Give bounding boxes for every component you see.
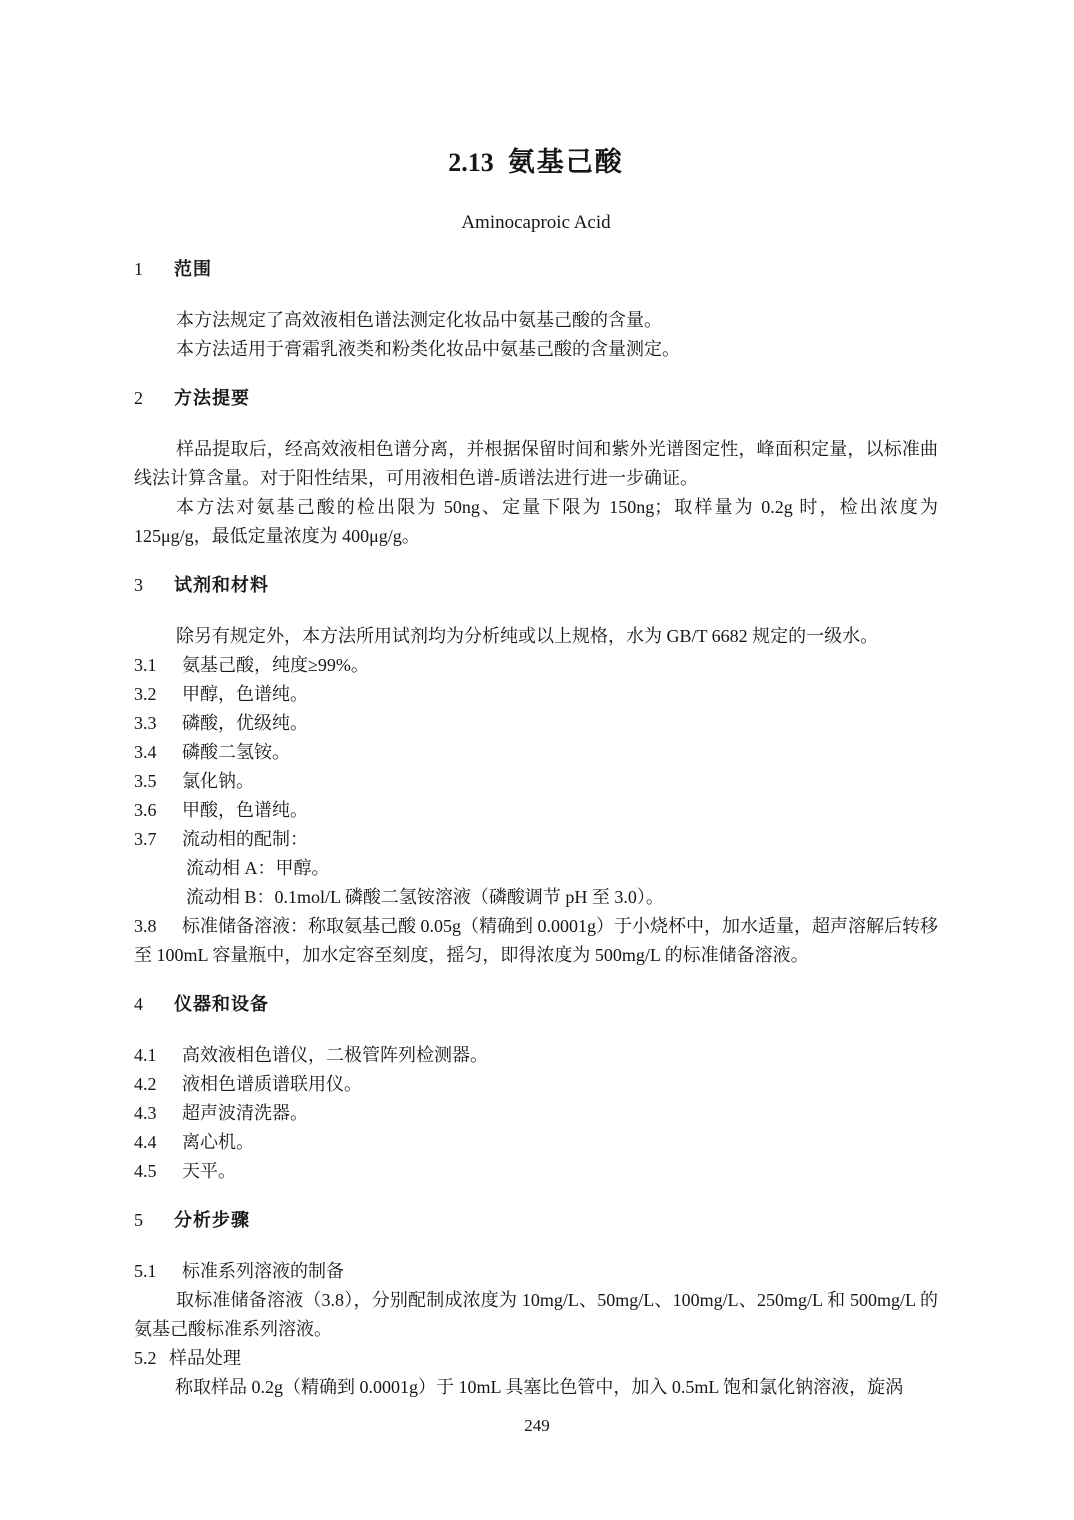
step-item-5-1-number: 5.1 [134, 1257, 182, 1286]
section-1-heading: 1范围 [134, 255, 938, 284]
reagent-item-3-5: 3.5氯化钠。 [134, 767, 938, 796]
equipment-item-4-2-text: 液相色谱质谱联用仪。 [182, 1074, 362, 1094]
equipment-item-4-5-number: 4.5 [134, 1157, 182, 1186]
section-2-paragraph-2: 本方法对氨基己酸的检出限为 50ng、定量下限为 150ng；取样量为 0.2g… [134, 493, 938, 551]
equipment-item-4-2: 4.2液相色谱质谱联用仪。 [134, 1070, 938, 1099]
equipment-item-4-1-text: 高效液相色谱仪，二极管阵列检测器。 [182, 1045, 488, 1065]
reagent-item-3-1-text: 氨基己酸，纯度≥99%。 [182, 655, 369, 675]
step-5-1-paragraph: 取标准储备溶液（3.8），分别配制成浓度为 10mg/L、50mg/L、100m… [134, 1286, 938, 1344]
equipment-item-4-5: 4.5天平。 [134, 1157, 938, 1186]
reagent-item-3-2: 3.2甲醇，色谱纯。 [134, 680, 938, 709]
reagent-item-3-7-text: 流动相的配制： [182, 829, 308, 849]
section-2-paragraph-1: 样品提取后，经高效液相色谱分离，并根据保留时间和紫外光谱图定性，峰面积定量，以标… [134, 435, 938, 493]
section-2-heading: 2方法提要 [134, 384, 938, 413]
section-3-title: 试剂和材料 [174, 575, 269, 595]
reagent-item-3-7-number: 3.7 [134, 825, 182, 854]
reagent-item-3-6: 3.6甲酸，色谱纯。 [134, 796, 938, 825]
equipment-item-4-3-number: 4.3 [134, 1099, 182, 1128]
section-1-paragraph-2: 本方法适用于膏霜乳液类和粉类化妆品中氨基己酸的含量测定。 [134, 335, 938, 364]
reagent-item-3-6-number: 3.6 [134, 796, 182, 825]
reagent-item-3-5-number: 3.5 [134, 767, 182, 796]
section-2-number: 2 [134, 384, 174, 413]
reagent-item-3-3-number: 3.3 [134, 709, 182, 738]
reagent-item-3-7: 3.7流动相的配制： [134, 825, 938, 854]
mobile-phase-a-line: 流动相 A：甲醇。 [134, 854, 938, 883]
section-5-number: 5 [134, 1206, 174, 1235]
step-item-5-1-text: 标准系列溶液的制备 [182, 1261, 344, 1281]
reagent-item-3-5-text: 氯化钠。 [182, 771, 254, 791]
equipment-item-4-3: 4.3超声波清洗器。 [134, 1099, 938, 1128]
section-3-number: 3 [134, 571, 174, 600]
step-item-5-1: 5.1标准系列溶液的制备 [134, 1257, 938, 1286]
document-page: 2.13氨基己酸 Aminocaproic Acid 1范围 本方法规定了高效液… [0, 0, 1074, 1520]
section-1-title: 范围 [174, 259, 212, 279]
equipment-item-4-4-number: 4.4 [134, 1128, 182, 1157]
step-item-5-2-text: 样品处理 [169, 1348, 241, 1368]
equipment-item-4-2-number: 4.2 [134, 1070, 182, 1099]
reagent-item-3-8: 3.8标准储备溶液：称取氨基己酸 0.05g（精确到 0.0001g）于小烧杯中… [134, 912, 938, 970]
reagent-item-3-2-text: 甲醇，色谱纯。 [182, 684, 308, 704]
section-2-title: 方法提要 [174, 388, 250, 408]
reagent-item-3-3-text: 磷酸，优级纯。 [182, 713, 308, 733]
section-5-heading: 5分析步骤 [134, 1206, 938, 1235]
reagent-item-3-8-number: 3.8 [134, 912, 182, 941]
mobile-phase-b-line: 流动相 B：0.1mol/L 磷酸二氢铵溶液（磷酸调节 pH 至 3.0）。 [134, 883, 938, 912]
reagent-item-3-4: 3.4磷酸二氢铵。 [134, 738, 938, 767]
reagent-item-3-6-text: 甲酸，色谱纯。 [182, 800, 308, 820]
reagent-item-3-2-number: 3.2 [134, 680, 182, 709]
equipment-item-4-4-text: 离心机。 [182, 1132, 254, 1152]
reagent-item-3-3: 3.3磷酸，优级纯。 [134, 709, 938, 738]
reagent-item-3-1-number: 3.1 [134, 651, 182, 680]
section-4-number: 4 [134, 990, 174, 1019]
document-title-number: 2.13 [448, 148, 494, 177]
section-1-number: 1 [134, 255, 174, 284]
reagent-item-3-8-text: 标准储备溶液：称取氨基己酸 0.05g（精确到 0.0001g）于小烧杯中，加水… [134, 916, 938, 965]
step-item-5-2-number: 5.2 [134, 1344, 169, 1373]
section-5-title: 分析步骤 [174, 1210, 250, 1230]
equipment-item-4-5-text: 天平。 [182, 1161, 236, 1181]
document-title-text: 氨基己酸 [508, 147, 624, 177]
section-4-title: 仪器和设备 [174, 994, 269, 1014]
equipment-item-4-3-text: 超声波清洗器。 [182, 1103, 308, 1123]
step-5-2-paragraph: 称取样品 0.2g（精确到 0.0001g）于 10mL 具塞比色管中，加入 0… [134, 1373, 938, 1402]
page-number: 249 [0, 1414, 1074, 1438]
equipment-item-4-1: 4.1高效液相色谱仪，二极管阵列检测器。 [134, 1041, 938, 1070]
section-3-intro: 除另有规定外，本方法所用试剂均为分析纯或以上规格，水为 GB/T 6682 规定… [134, 622, 938, 651]
reagent-item-3-1: 3.1氨基己酸，纯度≥99%。 [134, 651, 938, 680]
equipment-item-4-1-number: 4.1 [134, 1041, 182, 1070]
reagent-item-3-4-number: 3.4 [134, 738, 182, 767]
equipment-item-4-4: 4.4离心机。 [134, 1128, 938, 1157]
section-3-heading: 3试剂和材料 [134, 571, 938, 600]
section-1-paragraph-1: 本方法规定了高效液相色谱法测定化妆品中氨基己酸的含量。 [134, 306, 938, 335]
step-item-5-2: 5.2样品处理 [134, 1344, 938, 1373]
section-4-heading: 4仪器和设备 [134, 990, 938, 1019]
document-subtitle-english: Aminocaproic Acid [134, 211, 938, 235]
reagent-item-3-4-text: 磷酸二氢铵。 [182, 742, 290, 762]
document-title: 2.13氨基己酸 [134, 140, 938, 183]
